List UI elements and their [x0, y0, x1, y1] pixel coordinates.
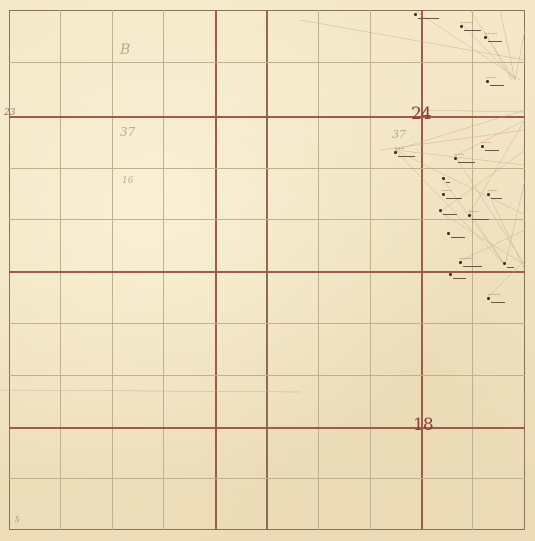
triangulation-station: ~~~~	[414, 8, 439, 18]
triangulation-station: ~~~	[454, 152, 475, 162]
station-marker-icon	[439, 209, 442, 212]
pencil-mark: 37	[120, 125, 135, 139]
triangulation-rays	[0, 0, 535, 541]
station-marker-icon	[481, 145, 484, 148]
triangulation-station: ~~~	[468, 209, 489, 219]
triangulation-station: ~~~	[481, 140, 499, 150]
edge-label-bottom-left: 5	[15, 516, 19, 524]
edge-label-left: 23	[4, 108, 15, 118]
station-marker-icon	[487, 193, 490, 196]
station-marker-icon	[459, 261, 462, 264]
triangulation-station: ~~~~	[460, 20, 481, 30]
triangulation-station	[503, 262, 514, 267]
triangulation-station	[449, 273, 466, 278]
station-marker-icon	[394, 151, 397, 154]
station-marker-icon	[442, 177, 445, 180]
triangulation-station: ~~~	[442, 188, 462, 198]
station-marker-icon	[486, 80, 489, 83]
station-marker-icon	[414, 13, 417, 16]
station-marker-icon	[503, 262, 506, 265]
sheet-number-24: 24	[411, 104, 431, 124]
sheet-number-18: 18	[413, 415, 433, 435]
station-marker-icon	[484, 36, 487, 39]
triangulation-station: ~~~~	[459, 256, 482, 266]
triangulation-station: ~~~~	[487, 292, 505, 302]
triangulation-station: ~~~	[486, 75, 504, 85]
pencil-mark: B	[120, 42, 130, 58]
station-marker-icon	[468, 214, 471, 217]
triangulation-station: ~~~	[394, 146, 415, 156]
triangulation-station	[439, 209, 457, 214]
station-marker-icon	[460, 25, 463, 28]
triangulation-station	[447, 232, 465, 237]
station-marker-icon	[487, 297, 490, 300]
triangulation-station: ~~~	[487, 188, 502, 198]
station-marker-icon	[449, 273, 452, 276]
station-marker-icon	[447, 232, 450, 235]
pencil-mark: 16	[122, 176, 133, 186]
triangulation-station	[442, 177, 450, 182]
map-sheet: 24 18 23 5 B 37 16 37 ~~~~ ~~~~ ~~~~ ~~~…	[0, 0, 535, 541]
pencil-mark: 37	[392, 128, 406, 141]
station-marker-icon	[454, 157, 457, 160]
triangulation-station: ~~~~	[484, 31, 502, 41]
station-marker-icon	[442, 193, 445, 196]
